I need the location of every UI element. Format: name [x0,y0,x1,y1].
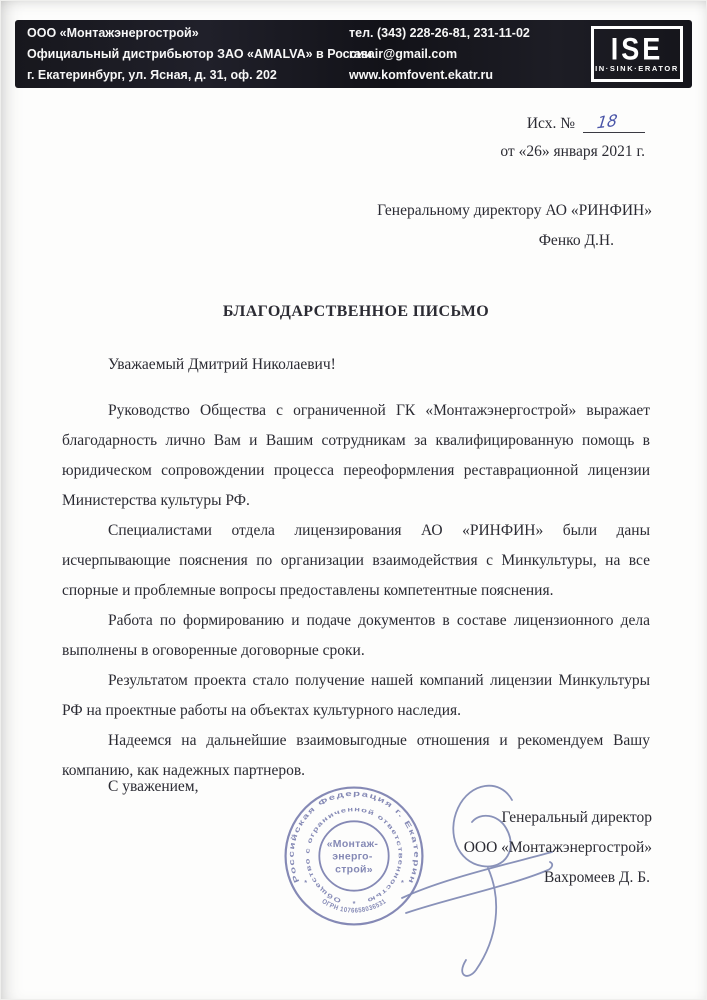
ise-logo-text: ISE [611,34,664,64]
company-name: ООО «Монтажэнергострой» [27,23,349,44]
body-paragraph: Руководство Общества с ограниченной ГК «… [62,396,650,516]
letterhead: ООО «Монтажэнергострой» Официальный дист… [15,20,692,88]
distributor-line: Официальный дистрибьютор ЗАО «AMALVA» в … [27,44,349,65]
reference-block: Исх. № 18 от «26» января 2021 г. [500,112,645,161]
signature-block: Генеральный директор ООО «Монтажэнергост… [464,803,652,893]
addressee-position: Генеральному директору АО «РИНФИН» [377,196,652,226]
salutation: Уважаемый Дмитрий Николаевич! [108,356,336,374]
letter-body: Руководство Общества с ограниченной ГК «… [62,396,650,786]
closing-line: С уважением, [108,778,199,796]
letterhead-company-block: ООО «Монтажэнергострой» Официальный дист… [15,23,349,86]
phone-line: тел. (343) 228-26-81, 231-11-02 [349,23,591,44]
letter-title: БЛАГОДАРСТВЕННОЕ ПИСЬМО [62,303,650,321]
signer-company: ООО «Монтажэнергострой» [464,833,652,863]
email-line: rasair@gmail.com [349,44,591,65]
body-paragraph: Работа по формированию и подаче документ… [62,606,650,666]
signer-position: Генеральный директор [464,803,652,833]
stamp-separator-star: * [353,899,356,908]
signer-name: Вахромеев Д. Б. [464,863,652,893]
addressee-block: Генеральному директору АО «РИНФИН» Фенко… [377,196,652,256]
stamp-separator-star: * [304,878,307,887]
address-line: г. Екатеринбург, ул. Ясная, д. 31, оф. 2… [27,65,349,86]
body-paragraph: Надеемся на дальнейшие взаимовыгодные от… [62,726,650,786]
stamp-separator-star: * [401,878,404,887]
outgoing-number-value: 18 [596,111,619,133]
svg-text:«Монтаж- энерго- с: «Монтаж- энерго- строй» [327,839,382,876]
body-paragraph: Специалистами отдела лицензирования АО «… [62,516,650,606]
letterhead-contact-block: тел. (343) 228-26-81, 231-11-02 rasair@g… [349,23,591,86]
stamp-center-line2: энерго- [332,852,373,863]
website-line: www.komfovent.ekatr.ru [349,65,591,86]
body-paragraph: Результатом проекта стало получение наше… [62,666,650,726]
outgoing-number-line: Исх. № 18 [500,112,645,133]
company-stamp: Российская Федерация г. Екатеринбург ОГР… [281,783,427,929]
outgoing-number-field: 18 [583,112,645,133]
ise-logo: ISE IN·SINK·ERATOR [591,26,683,82]
letter-page: ООО «Монтажэнергострой» Официальный дист… [0,0,707,1000]
outgoing-number-label: Исх. № [527,115,583,133]
stamp-center-line1: «Монтаж- [327,839,379,850]
addressee-name: Фенко Д.Н. [377,226,652,256]
letter-date: от «26» января 2021 г. [500,143,645,161]
stamp-center-line3: строй» [335,864,373,875]
